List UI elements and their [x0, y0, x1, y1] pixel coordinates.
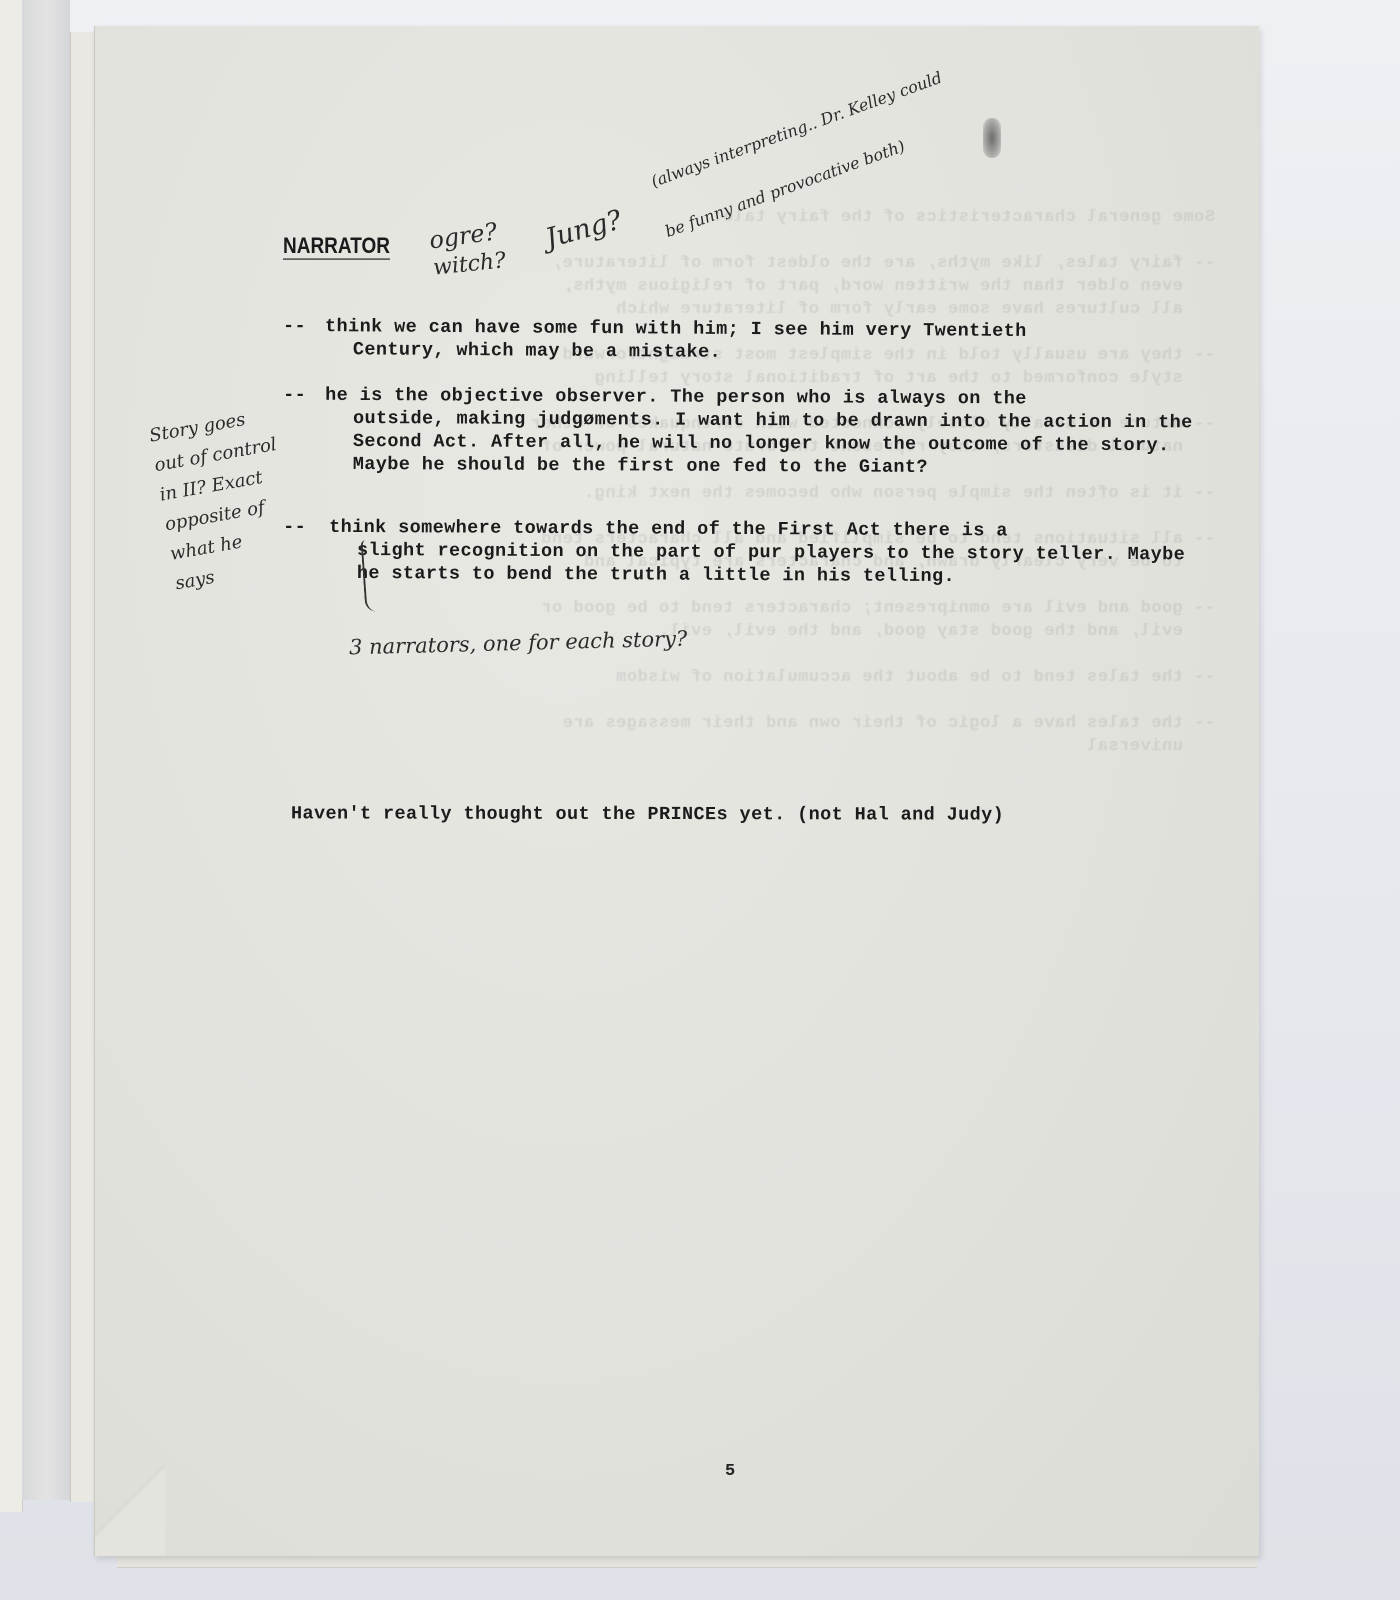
handwritten-jung: Jung? — [542, 205, 625, 255]
page-number: 5 — [725, 1462, 735, 1481]
handwritten-parenthetical-line-1: (always interpreting.. Dr. Kelley could — [649, 68, 945, 191]
ink-smudge — [983, 118, 1001, 158]
handwritten-three-narrators-note: 3 narrators, one for each story? — [349, 627, 688, 660]
document-page: Some general characteristics of the fair… — [94, 26, 1259, 1556]
paragraph-continuation: Century, which may be a mistake. — [325, 338, 1203, 367]
handwritten-parenthetical-line-2: be funny and provocative both) — [663, 136, 908, 241]
closing-line: Haven't really thought out the PRINCEs y… — [291, 803, 1004, 825]
paragraph-2: -- he is the objective observer. The per… — [283, 384, 1203, 481]
bleed-through-text: Some general characteristics of the fair… — [255, 206, 1215, 758]
dash-marker: -- — [283, 315, 306, 338]
dash-marker: -- — [283, 384, 306, 407]
binder-gutter — [22, 0, 70, 1500]
paragraph-3: -- think somewhere towards the end of th… — [283, 516, 1203, 590]
paragraph-1: -- think we can have some fun with him; … — [283, 315, 1203, 367]
paragraph-first-line: he is the objective observer. The person… — [325, 385, 1027, 410]
adjacent-page-edge — [0, 0, 23, 1512]
section-heading: NARRATOR — [283, 234, 390, 259]
paragraph-continuation: slight recognition on the part of pur pl… — [329, 539, 1203, 590]
handwritten-margin-note: Story goes out of control in II? Exact o… — [147, 401, 300, 600]
handwritten-witch: witch? — [432, 248, 507, 280]
folded-corner — [95, 1446, 165, 1556]
paragraph-first-line: think somewhere towards the end of the F… — [329, 517, 1008, 542]
paragraph-continuation: outside, making judgøments. I want him t… — [325, 407, 1203, 481]
